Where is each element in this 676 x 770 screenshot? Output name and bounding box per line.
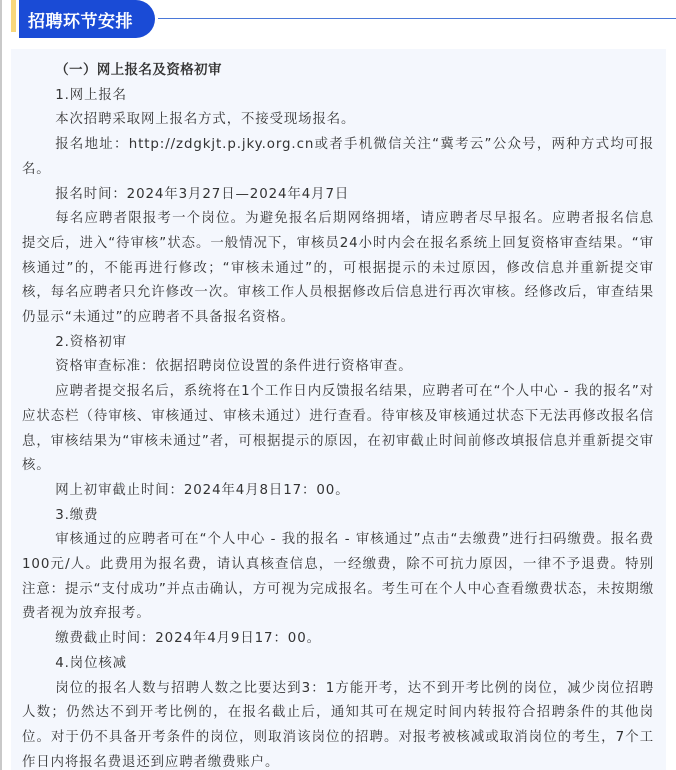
paragraph-payment-deadline: 缴费截止时间：2024年4月9日17：00。 [22,627,654,652]
left-border [0,0,2,770]
paragraph: 审核通过的应聘者可在“个人中心 - 我的报名 - 审核通过”点击“去缴费”进行扫… [22,528,654,627]
section-header: 招聘环节安排 [0,0,676,44]
subsection-heading-qualification-review: 2.资格初审 [22,331,654,356]
accent-bar [11,0,16,32]
paragraph: 资格审查标准：依据招聘岗位设置的条件进行资格审查。 [22,355,654,380]
paragraph: 本次招聘采取网上报名方式，不接受现场报名。 [22,108,654,133]
subsection-heading-payment: 3.缴费 [22,504,654,529]
paragraph: 岗位的报名人数与招聘人数之比要达到3：1方能开考，达不到开考比例的岗位，减少岗位… [22,677,654,770]
header-divider [158,18,676,19]
page-title: 招聘环节安排 [28,7,133,32]
section-title: （一）网上报名及资格初审 [22,59,654,84]
paragraph-registration-address: 报名地址：http://zdgkjt.p.jky.org.cn或者手机微信关注“… [22,133,654,182]
paragraph: 每名应聘者限报考一个岗位。为避免报名后期网络拥堵，请应聘者尽早报名。应聘者报名信… [22,207,654,331]
content-panel: （一）网上报名及资格初审 1.网上报名 本次招聘采取网上报名方式，不接受现场报名… [11,49,666,770]
subsection-heading-position-reduction: 4.岗位核减 [22,652,654,677]
paragraph-review-deadline: 网上初审截止时间：2024年4月8日17：00。 [22,479,654,504]
paragraph: 应聘者提交报名后，系统将在1个工作日内反馈报名结果，应聘者可在“个人中心 - 我… [22,380,654,479]
subsection-heading-online-registration: 1.网上报名 [22,84,654,109]
title-badge: 招聘环节安排 [19,0,155,38]
paragraph-registration-time: 报名时间：2024年3月27日—2024年4月7日 [22,183,654,208]
